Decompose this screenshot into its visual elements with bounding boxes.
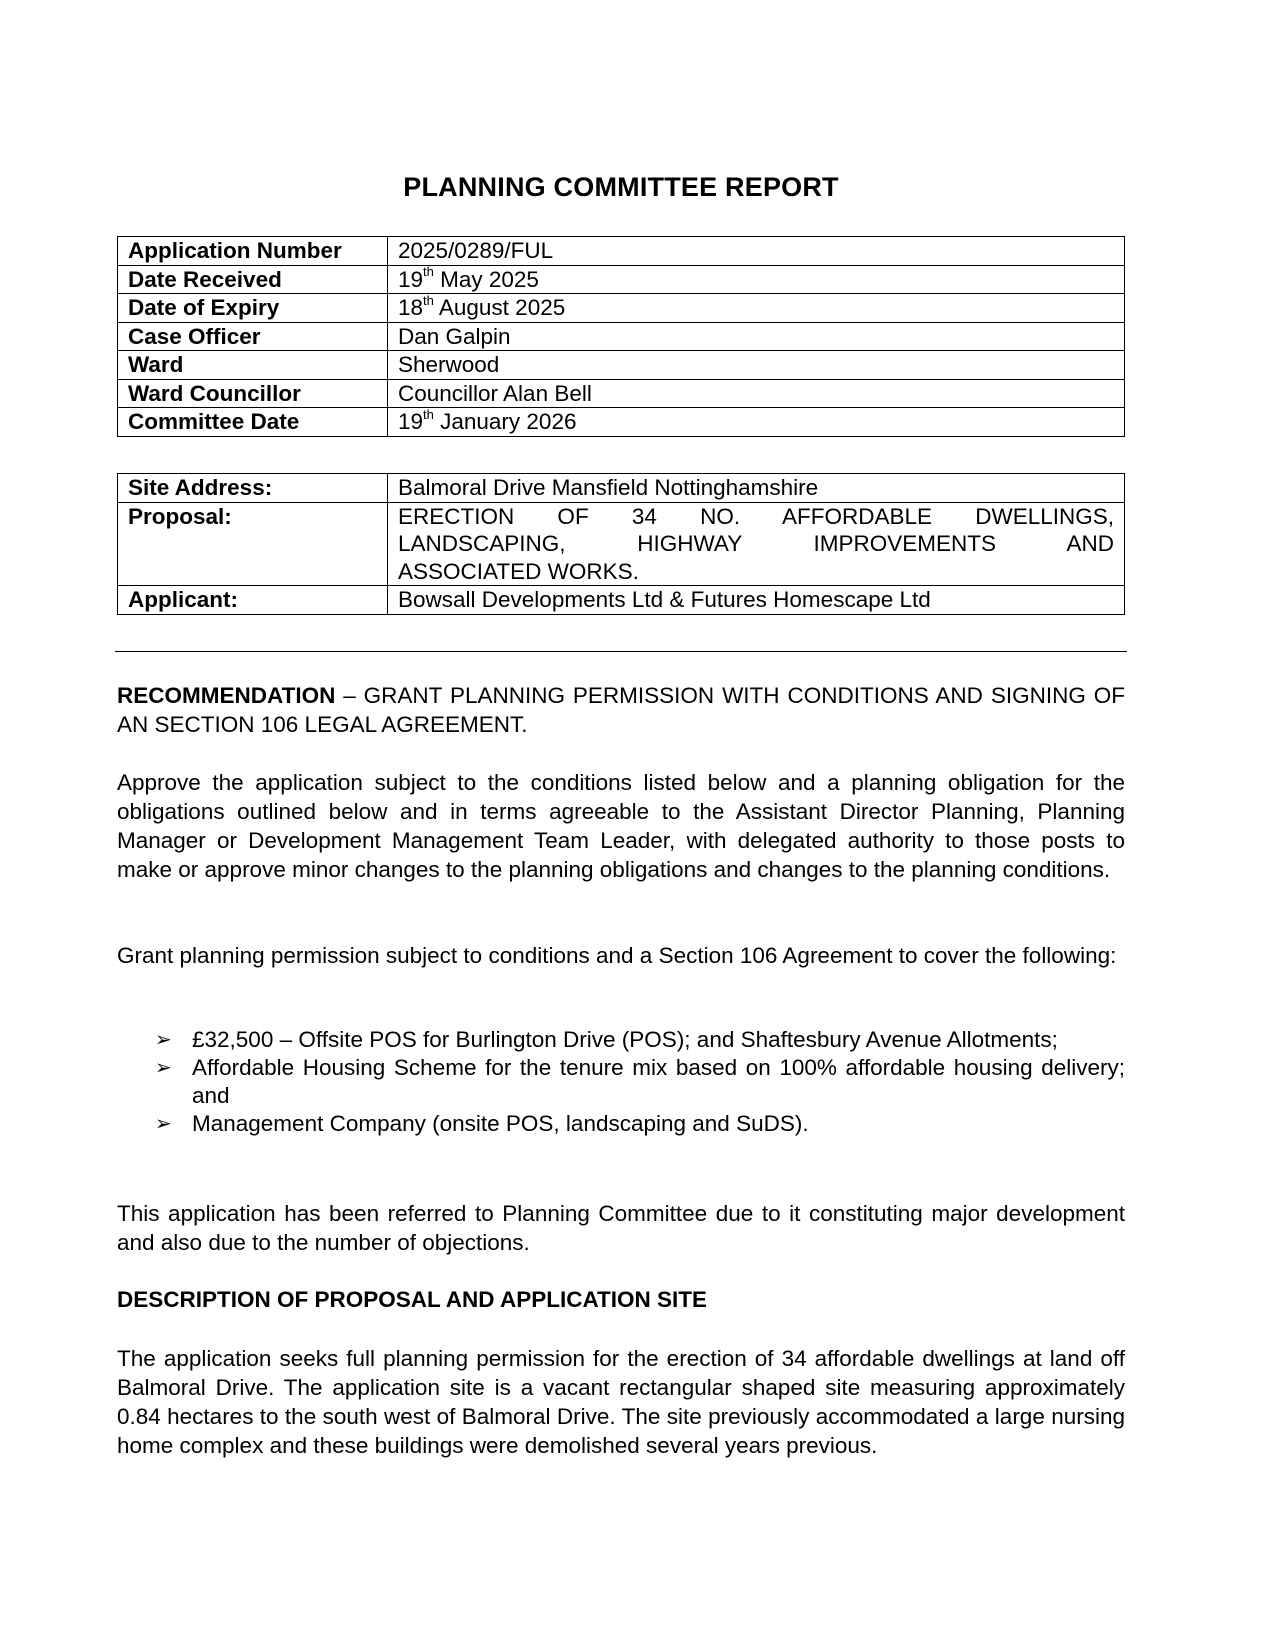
paragraph-grant: Grant planning permission subject to con… <box>117 941 1125 970</box>
obligations-list: ➢£32,500 – Offsite POS for Burlington Dr… <box>117 1026 1125 1138</box>
table-row: Proposal: ERECTION OF 34 NO. AFFORDABLE … <box>118 502 1125 586</box>
applicant-label: Applicant: <box>118 586 388 615</box>
row-label: Application Number <box>118 237 388 266</box>
row-value: 19th May 2025 <box>388 265 1125 294</box>
arrow-bullet-icon: ➢ <box>155 1026 172 1054</box>
recommendation: RECOMMENDATION – GRANT PLANNING PERMISSI… <box>117 681 1125 739</box>
report-title: PLANNING COMMITTEE REPORT <box>117 172 1125 203</box>
site-address-value: Balmoral Drive Mansfield Nottinghamshire <box>388 474 1125 503</box>
row-label: Ward Councillor <box>118 379 388 408</box>
table-row: Site Address: Balmoral Drive Mansfield N… <box>118 474 1125 503</box>
site-details-table: Site Address: Balmoral Drive Mansfield N… <box>117 473 1125 615</box>
row-label: Ward <box>118 351 388 380</box>
table-row: Committee Date 19th January 2026 <box>118 408 1125 437</box>
arrow-bullet-icon: ➢ <box>155 1110 172 1138</box>
applicant-value: Bowsall Developments Ltd & Futures Homes… <box>388 586 1125 615</box>
table-row: Date of Expiry 18th August 2025 <box>118 294 1125 323</box>
row-label: Date Received <box>118 265 388 294</box>
row-value: 19th January 2026 <box>388 408 1125 437</box>
row-value: Sherwood <box>388 351 1125 380</box>
section-heading: DESCRIPTION OF PROPOSAL AND APPLICATION … <box>117 1287 707 1313</box>
site-address-label: Site Address: <box>118 474 388 503</box>
application-details-table: Application Number 2025/0289/FUL Date Re… <box>117 236 1125 437</box>
row-label: Date of Expiry <box>118 294 388 323</box>
list-item: ➢£32,500 – Offsite POS for Burlington Dr… <box>117 1026 1125 1054</box>
table-row: Applicant: Bowsall Developments Ltd & Fu… <box>118 586 1125 615</box>
proposal-value: ERECTION OF 34 NO. AFFORDABLE DWELLINGS,… <box>388 502 1125 586</box>
table-row: Date Received 19th May 2025 <box>118 265 1125 294</box>
row-value: Dan Galpin <box>388 322 1125 351</box>
table-row: Case Officer Dan Galpin <box>118 322 1125 351</box>
list-item: ➢Management Company (onsite POS, landsca… <box>117 1110 1125 1138</box>
paragraph-approval: Approve the application subject to the c… <box>117 768 1125 884</box>
list-item: ➢Affordable Housing Scheme for the tenur… <box>117 1054 1125 1110</box>
row-label: Case Officer <box>118 322 388 351</box>
row-value: Councillor Alan Bell <box>388 379 1125 408</box>
row-value: 18th August 2025 <box>388 294 1125 323</box>
table-row: Ward Councillor Councillor Alan Bell <box>118 379 1125 408</box>
arrow-bullet-icon: ➢ <box>155 1054 172 1082</box>
table-row: Application Number 2025/0289/FUL <box>118 237 1125 266</box>
table-row: Ward Sherwood <box>118 351 1125 380</box>
row-label: Committee Date <box>118 408 388 437</box>
paragraph-referral: This application has been referred to Pl… <box>117 1199 1125 1257</box>
proposal-label: Proposal: <box>118 502 388 586</box>
row-value: 2025/0289/FUL <box>388 237 1125 266</box>
horizontal-divider <box>115 651 1127 652</box>
paragraph-description: The application seeks full planning perm… <box>117 1344 1125 1460</box>
